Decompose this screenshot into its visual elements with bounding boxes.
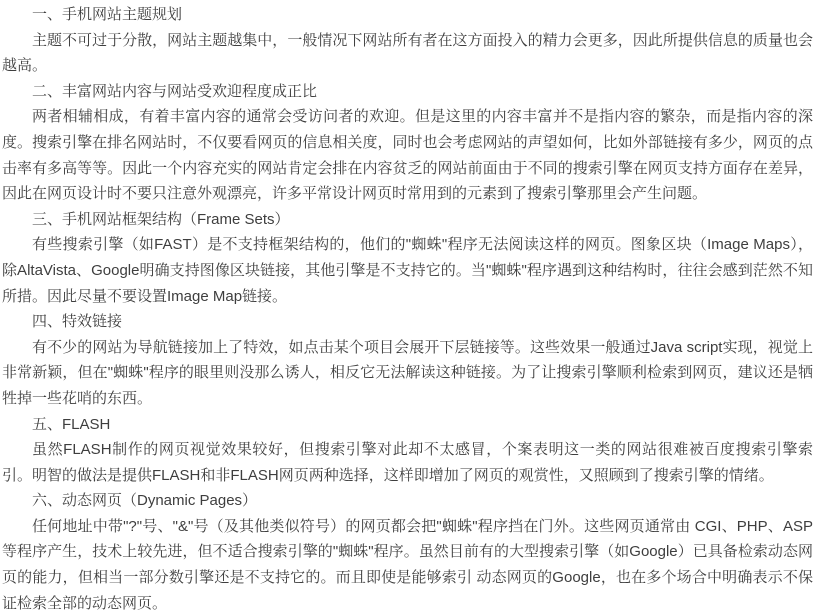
section-1-heading: 一、手机网站主题规划 — [2, 2, 813, 28]
section-5-heading: 五、FLASH — [2, 412, 813, 438]
section-4-paragraph: 有不少的网站为导航链接加上了特效，如点击某个项目会展开下层链接等。这些效果一般通… — [2, 335, 813, 412]
section-1-paragraph: 主题不可过于分散，网站主题越集中，一般情况下网站所有者在这方面投入的精力会更多，… — [2, 28, 813, 79]
section-5-paragraph: 虽然FLASH制作的网页视觉效果较好，但搜索引擎对此却不太感冒，个案表明这一类的… — [2, 437, 813, 488]
section-6-heading: 六、动态网页（Dynamic Pages） — [2, 488, 813, 514]
section-6-paragraph: 任何地址中带"?"号、"&"号（及其他类似符号）的网页都会把"蜘蛛"程序挡在门外… — [2, 514, 813, 616]
section-3-heading: 三、手机网站框架结构（Frame Sets） — [2, 207, 813, 233]
section-4-heading: 四、特效链接 — [2, 309, 813, 335]
article-body: 一、手机网站主题规划 主题不可过于分散，网站主题越集中，一般情况下网站所有者在这… — [0, 0, 817, 616]
section-2-heading: 二、丰富网站内容与网站受欢迎程度成正比 — [2, 79, 813, 105]
section-2-paragraph: 两者相辅相成，有着丰富内容的通常会受访问者的欢迎。但是这里的内容丰富并不是指内容… — [2, 104, 813, 206]
section-3-paragraph: 有些搜索引擎（如FAST）是不支持框架结构的，他们的"蜘蛛"程序无法阅读这样的网… — [2, 232, 813, 309]
